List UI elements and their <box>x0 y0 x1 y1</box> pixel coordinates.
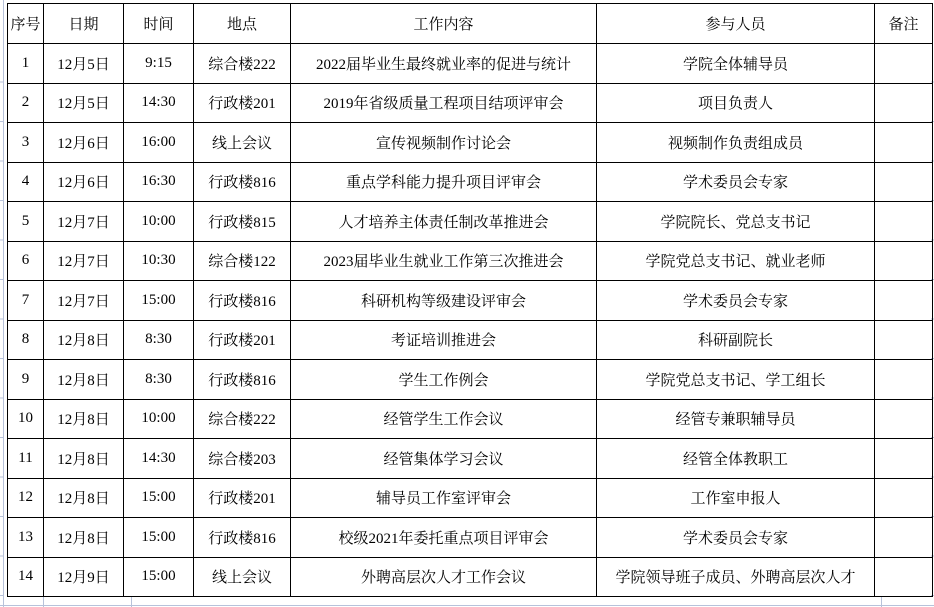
cell-no[interactable]: 7 <box>8 281 44 321</box>
cell-date[interactable]: 12月5日 <box>44 44 124 84</box>
cell-location[interactable]: 线上会议 <box>194 557 291 597</box>
cell-time[interactable]: 14:30 <box>124 83 194 123</box>
cell-location[interactable]: 行政楼816 <box>194 518 291 558</box>
cell-content[interactable]: 学生工作例会 <box>291 360 597 400</box>
cell-no[interactable]: 1 <box>8 44 44 84</box>
table-row: 1112月8日14:30综合楼203经管集体学习会议经管全体教职工 <box>8 439 933 479</box>
cell-time[interactable]: 8:30 <box>124 360 194 400</box>
cell-no[interactable]: 8 <box>8 320 44 360</box>
column-header-no[interactable]: 序号 <box>8 4 44 44</box>
cell-no[interactable]: 3 <box>8 123 44 163</box>
cell-location[interactable]: 综合楼122 <box>194 241 291 281</box>
column-header-remark[interactable]: 备注 <box>875 4 933 44</box>
cell-time[interactable]: 9:15 <box>124 44 194 84</box>
cell-content[interactable]: 人才培养主体责任制改革推进会 <box>291 202 597 242</box>
cell-participants[interactable]: 项目负责人 <box>597 83 875 123</box>
table-row: 112月5日9:15综合楼2222022届毕业生最终就业率的促进与统计学院全体辅… <box>8 44 933 84</box>
table-row: 1012月8日10:00综合楼222经管学生工作会议经管专兼职辅导员 <box>8 399 933 439</box>
cell-no[interactable]: 2 <box>8 83 44 123</box>
cell-time[interactable]: 8:30 <box>124 320 194 360</box>
cell-remark[interactable] <box>875 44 933 84</box>
cell-remark[interactable] <box>875 439 933 479</box>
cell-no[interactable]: 10 <box>8 399 44 439</box>
column-header-participants[interactable]: 参与人员 <box>597 4 875 44</box>
cell-location[interactable]: 行政楼816 <box>194 281 291 321</box>
cell-date[interactable]: 12月5日 <box>44 83 124 123</box>
table-row: 512月7日10:00行政楼815人才培养主体责任制改革推进会学院院长、党总支书… <box>8 202 933 242</box>
cell-time[interactable]: 14:30 <box>124 439 194 479</box>
cell-location[interactable]: 行政楼816 <box>194 162 291 202</box>
cell-time[interactable]: 16:00 <box>124 123 194 163</box>
cell-content[interactable]: 辅导员工作室评审会 <box>291 478 597 518</box>
cell-content[interactable]: 2019年省级质量工程项目结项评审会 <box>291 83 597 123</box>
cell-time[interactable]: 10:30 <box>124 241 194 281</box>
cell-remark[interactable] <box>875 557 933 597</box>
table-row: 912月8日8:30行政楼816学生工作例会学院党总支书记、学工组长 <box>8 360 933 400</box>
cell-remark[interactable] <box>875 478 933 518</box>
cell-remark[interactable] <box>875 202 933 242</box>
table-row: 412月6日16:30行政楼816重点学科能力提升项目评审会学术委员会专家 <box>8 162 933 202</box>
table-row: 612月7日10:30综合楼1222023届毕业生就业工作第三次推进会学院党总支… <box>8 241 933 281</box>
cell-participants[interactable]: 经管全体教职工 <box>597 439 875 479</box>
cell-no[interactable]: 9 <box>8 360 44 400</box>
cell-date[interactable]: 12月7日 <box>44 202 124 242</box>
cell-no[interactable]: 6 <box>8 241 44 281</box>
cell-date[interactable]: 12月8日 <box>44 518 124 558</box>
cell-no[interactable]: 14 <box>8 557 44 597</box>
cell-participants[interactable]: 学院党总支书记、学工组长 <box>597 360 875 400</box>
cell-remark[interactable] <box>875 320 933 360</box>
cell-location[interactable]: 行政楼201 <box>194 83 291 123</box>
cell-remark[interactable] <box>875 281 933 321</box>
sheet-gridline-vertical-left <box>3 0 4 607</box>
cell-date[interactable]: 12月6日 <box>44 162 124 202</box>
cell-no[interactable]: 13 <box>8 518 44 558</box>
sheet-row-ticks-left <box>0 43 3 598</box>
cell-participants[interactable]: 学院院长、党总支书记 <box>597 202 875 242</box>
table-row: 1412月9日15:00线上会议外聘高层次人才工作会议学院领导班子成员、外聘高层… <box>8 557 933 597</box>
column-header-content[interactable]: 工作内容 <box>291 4 597 44</box>
cell-content[interactable]: 科研机构等级建设评审会 <box>291 281 597 321</box>
cell-date[interactable]: 12月7日 <box>44 281 124 321</box>
cell-participants[interactable]: 学院全体辅导员 <box>597 44 875 84</box>
cell-participants[interactable]: 学院党总支书记、就业老师 <box>597 241 875 281</box>
column-header-time[interactable]: 时间 <box>124 4 194 44</box>
cell-content[interactable]: 重点学科能力提升项目评审会 <box>291 162 597 202</box>
spreadsheet-sheet: 序号日期时间地点工作内容参与人员备注 112月5日9:15综合楼2222022届… <box>0 0 934 607</box>
cell-content[interactable]: 宣传视频制作讨论会 <box>291 123 597 163</box>
table-row: 712月7日15:00行政楼816科研机构等级建设评审会学术委员会专家 <box>8 281 933 321</box>
cell-location[interactable]: 综合楼203 <box>194 439 291 479</box>
cell-location[interactable]: 行政楼815 <box>194 202 291 242</box>
cell-time[interactable]: 10:00 <box>124 399 194 439</box>
table-row: 1212月8日15:00行政楼201辅导员工作室评审会工作室申报人 <box>8 478 933 518</box>
sheet-gridline-horizontal-bottom <box>0 605 934 606</box>
cell-date[interactable]: 12月9日 <box>44 557 124 597</box>
table-row: 1312月8日15:00行政楼816校级2021年委托重点项目评审会学术委员会专… <box>8 518 933 558</box>
cell-participants[interactable]: 视频制作负责组成员 <box>597 123 875 163</box>
cell-time[interactable]: 15:00 <box>124 557 194 597</box>
cell-remark[interactable] <box>875 241 933 281</box>
cell-remark[interactable] <box>875 162 933 202</box>
sheet-gridline-stub <box>43 597 44 607</box>
cell-location[interactable]: 综合楼222 <box>194 44 291 84</box>
cell-participants[interactable]: 工作室申报人 <box>597 478 875 518</box>
cell-time[interactable]: 15:00 <box>124 518 194 558</box>
cell-time[interactable]: 15:00 <box>124 281 194 321</box>
table-body: 112月5日9:15综合楼2222022届毕业生最终就业率的促进与统计学院全体辅… <box>8 44 933 597</box>
cell-remark[interactable] <box>875 518 933 558</box>
table-row: 212月5日14:30行政楼2012019年省级质量工程项目结项评审会项目负责人 <box>8 83 933 123</box>
table-row: 312月6日16:00线上会议宣传视频制作讨论会视频制作负责组成员 <box>8 123 933 163</box>
cell-no[interactable]: 5 <box>8 202 44 242</box>
meeting-schedule-table: 序号日期时间地点工作内容参与人员备注 112月5日9:15综合楼2222022届… <box>7 3 933 597</box>
cell-remark[interactable] <box>875 123 933 163</box>
cell-date[interactable]: 12月8日 <box>44 320 124 360</box>
cell-date[interactable]: 12月8日 <box>44 360 124 400</box>
cell-date[interactable]: 12月7日 <box>44 241 124 281</box>
column-header-date[interactable]: 日期 <box>44 4 124 44</box>
cell-location[interactable]: 行政楼201 <box>194 320 291 360</box>
cell-participants[interactable]: 学院领导班子成员、外聘高层次人才 <box>597 557 875 597</box>
cell-participants[interactable]: 学术委员会专家 <box>597 162 875 202</box>
cell-participants[interactable]: 学术委员会专家 <box>597 518 875 558</box>
table-row: 812月8日8:30行政楼201考证培训推进会科研副院长 <box>8 320 933 360</box>
cell-content[interactable]: 2023届毕业生就业工作第三次推进会 <box>291 241 597 281</box>
cell-location[interactable]: 行政楼201 <box>194 478 291 518</box>
cell-remark[interactable] <box>875 83 933 123</box>
cell-time[interactable]: 16:30 <box>124 162 194 202</box>
cell-content[interactable]: 经管学生工作会议 <box>291 399 597 439</box>
cell-no[interactable]: 12 <box>8 478 44 518</box>
cell-remark[interactable] <box>875 360 933 400</box>
cell-time[interactable]: 15:00 <box>124 478 194 518</box>
header-row: 序号日期时间地点工作内容参与人员备注 <box>8 4 933 44</box>
sheet-gridline-stub <box>131 597 132 607</box>
cell-date[interactable]: 12月8日 <box>44 478 124 518</box>
cell-content[interactable]: 考证培训推进会 <box>291 320 597 360</box>
cell-time[interactable]: 10:00 <box>124 202 194 242</box>
cell-participants[interactable]: 经管专兼职辅导员 <box>597 399 875 439</box>
cell-location[interactable]: 综合楼222 <box>194 399 291 439</box>
cell-participants[interactable]: 学术委员会专家 <box>597 281 875 321</box>
cell-content[interactable]: 外聘高层次人才工作会议 <box>291 557 597 597</box>
column-header-location[interactable]: 地点 <box>194 4 291 44</box>
cell-content[interactable]: 校级2021年委托重点项目评审会 <box>291 518 597 558</box>
cell-location[interactable]: 行政楼816 <box>194 360 291 400</box>
cell-date[interactable]: 12月8日 <box>44 399 124 439</box>
cell-participants[interactable]: 科研副院长 <box>597 320 875 360</box>
cell-date[interactable]: 12月8日 <box>44 439 124 479</box>
cell-content[interactable]: 2022届毕业生最终就业率的促进与统计 <box>291 44 597 84</box>
sheet-gridline-stub <box>881 597 882 607</box>
cell-remark[interactable] <box>875 399 933 439</box>
cell-date[interactable]: 12月6日 <box>44 123 124 163</box>
cell-content[interactable]: 经管集体学习会议 <box>291 439 597 479</box>
cell-no[interactable]: 4 <box>8 162 44 202</box>
cell-location[interactable]: 线上会议 <box>194 123 291 163</box>
cell-no[interactable]: 11 <box>8 439 44 479</box>
